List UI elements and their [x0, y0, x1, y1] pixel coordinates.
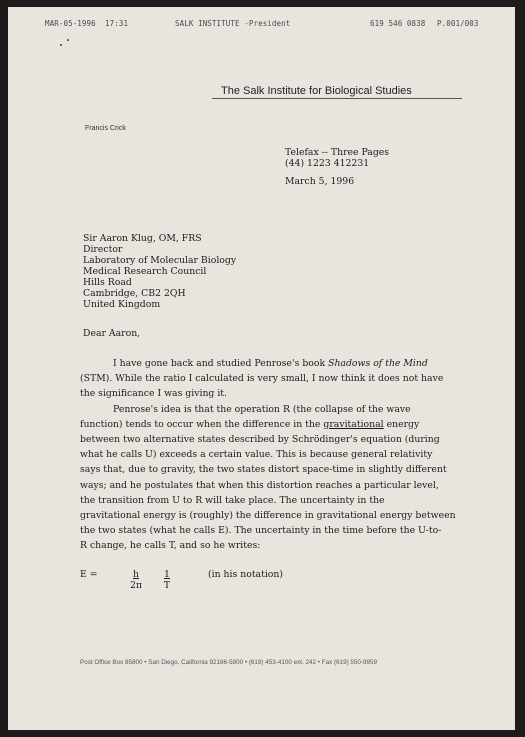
body-line: R change, he calls T, and so he writes: — [80, 538, 460, 553]
body-line: (STM). While the ratio I calculated is v… — [80, 371, 460, 386]
fax-sender: SALK INSTITUTE -President — [175, 19, 290, 28]
formula: E = h 2π 1 T (in his notation) — [80, 569, 283, 591]
fraction-numerator: h — [133, 569, 139, 580]
body-line: the two states (what he calls E). The un… — [80, 523, 460, 538]
formula-note: (in his notation) — [208, 569, 283, 580]
underlined-word: gravitational — [323, 419, 383, 430]
formula-fraction-2: 1 T — [156, 569, 178, 591]
formula-fraction-1: h 2π — [120, 569, 152, 591]
body-line: function) tends to occur when the differ… — [80, 417, 460, 432]
body-line: ways; and he postulates that when this d… — [80, 478, 460, 493]
letter-body: I have gone back and studied Penrose's b… — [80, 356, 460, 554]
body-text: function) tends to occur when the differ… — [80, 419, 323, 430]
letterhead-title: The Salk Institute for Biological Studie… — [221, 85, 412, 97]
body-line: between two alternative states described… — [80, 432, 460, 447]
fax-page: MAR-05-1996 17:31 SALK INSTITUTE -Presid… — [8, 7, 515, 730]
recipient-line: Sir Aaron Klug, OM, FRS — [83, 233, 236, 244]
fax-info: Telefax -- Three Pages (44) 1223 412231 … — [285, 147, 389, 187]
body-line: Penrose's idea is that the operation R (… — [80, 402, 460, 417]
fraction-numerator: 1 — [164, 569, 170, 580]
body-line: the transition from U to R will take pla… — [80, 493, 460, 508]
body-line: gravitational energy is (roughly) the di… — [80, 508, 460, 523]
letter-date: March 5, 1996 — [285, 176, 389, 187]
sender-name: Francis Crick — [85, 125, 126, 132]
body-line: says that, due to gravity, the two state… — [80, 462, 460, 477]
recipient-line: Cambridge, CB2 2QH — [83, 288, 236, 299]
book-title: Shadows of the Mind — [328, 358, 428, 369]
fax-type: Telefax -- Three Pages — [285, 147, 389, 158]
body-line: the significance I was giving it. — [80, 386, 460, 401]
footer-address: Post Office Box 85800 • San Diego, Calif… — [80, 659, 377, 666]
fraction-denominator: 2π — [130, 580, 142, 591]
fraction-denominator: T — [164, 580, 170, 591]
speck — [60, 44, 62, 46]
recipient-line: United Kingdom — [83, 299, 236, 310]
fax-page-number: P.001/003 — [437, 19, 479, 28]
recipient-address: Sir Aaron Klug, OM, FRS Director Laborat… — [83, 233, 236, 310]
recipient-line: Hills Road — [83, 277, 236, 288]
letterhead-rule — [212, 98, 462, 99]
body-text: I have gone back and studied Penrose's b… — [113, 358, 328, 369]
fax-date-time: MAR-05-1996 17:31 — [45, 19, 128, 28]
formula-lhs: E = — [80, 569, 120, 580]
recipient-line: Laboratory of Molecular Biology — [83, 255, 236, 266]
fax-phone: 619 546 0838 — [370, 19, 425, 28]
recipient-line: Director — [83, 244, 236, 255]
body-text: energy — [384, 419, 420, 430]
body-line: what he calls U) exceeds a certain value… — [80, 447, 460, 462]
fax-number: (44) 1223 412231 — [285, 158, 389, 169]
recipient-line: Medical Research Council — [83, 266, 236, 277]
body-line: I have gone back and studied Penrose's b… — [80, 356, 460, 371]
speck — [67, 39, 69, 41]
salutation: Dear Aaron, — [83, 328, 140, 339]
